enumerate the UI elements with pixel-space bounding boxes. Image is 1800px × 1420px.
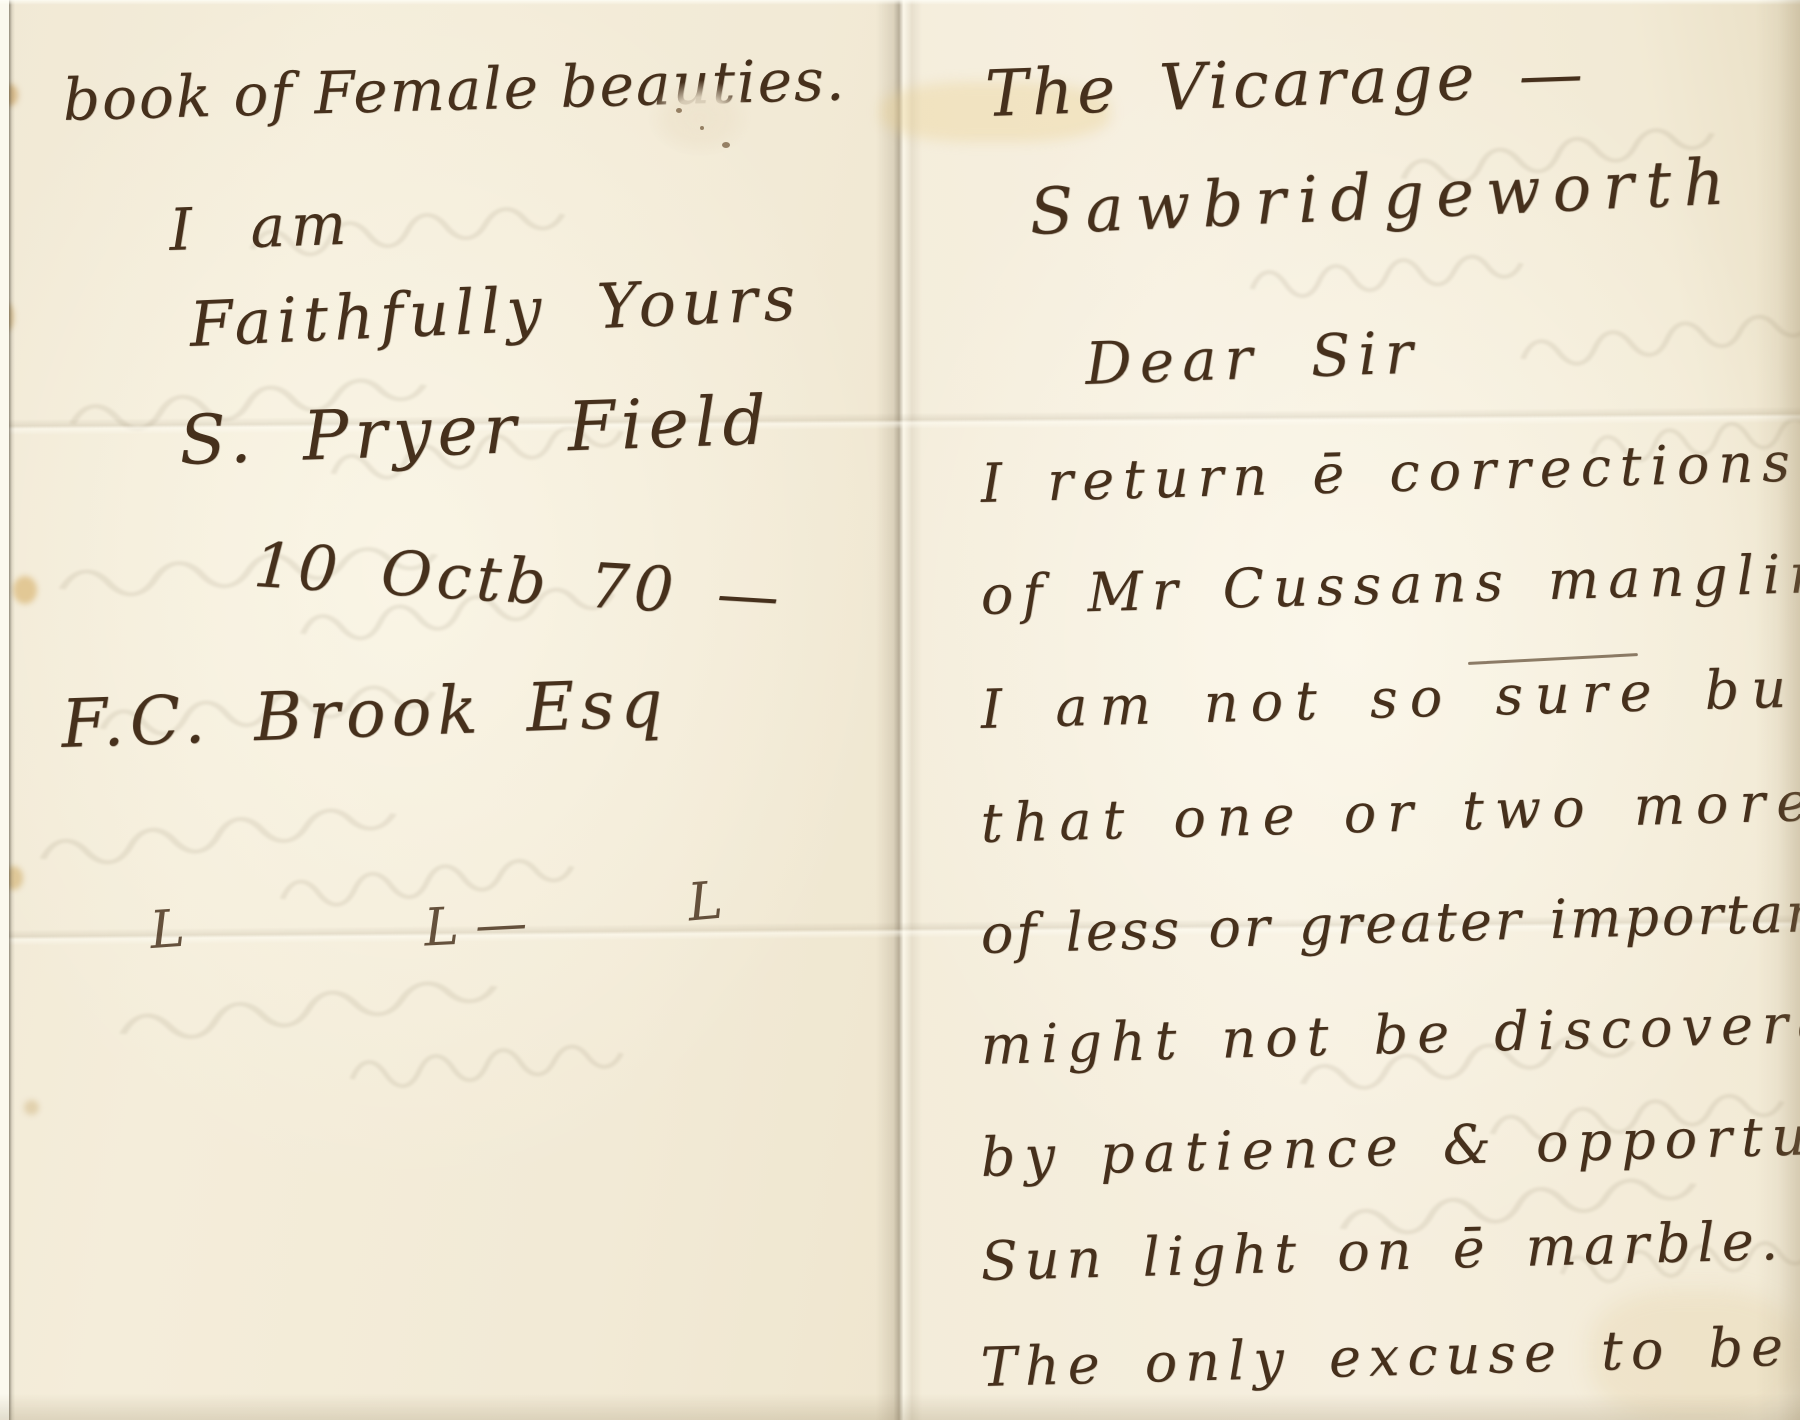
letter-scan: book of Female beauties. I am Faithfully… [0,0,1800,1420]
salutation: Dear Sir [1084,318,1422,398]
page-right-edge-shadow [1756,0,1800,1420]
page-left-edge-shadow [9,0,15,1420]
pen-flourish: L [148,899,187,961]
scan-left-edge [0,0,9,1420]
foxing-spot [24,1100,39,1115]
page-bottom-edge-shadow [0,1394,1800,1420]
pen-flourish: L [685,871,725,934]
ink-speck [676,108,682,113]
pen-flourish: L — [423,893,529,958]
ink-speck [722,142,730,148]
ink-smudge-blot [648,80,752,156]
closing-i-am: I am [168,190,353,264]
foxing-spot [13,576,37,604]
center-fold-crease [876,0,922,1420]
ink-speck [700,126,704,130]
scan-top-edge [0,0,1800,5]
